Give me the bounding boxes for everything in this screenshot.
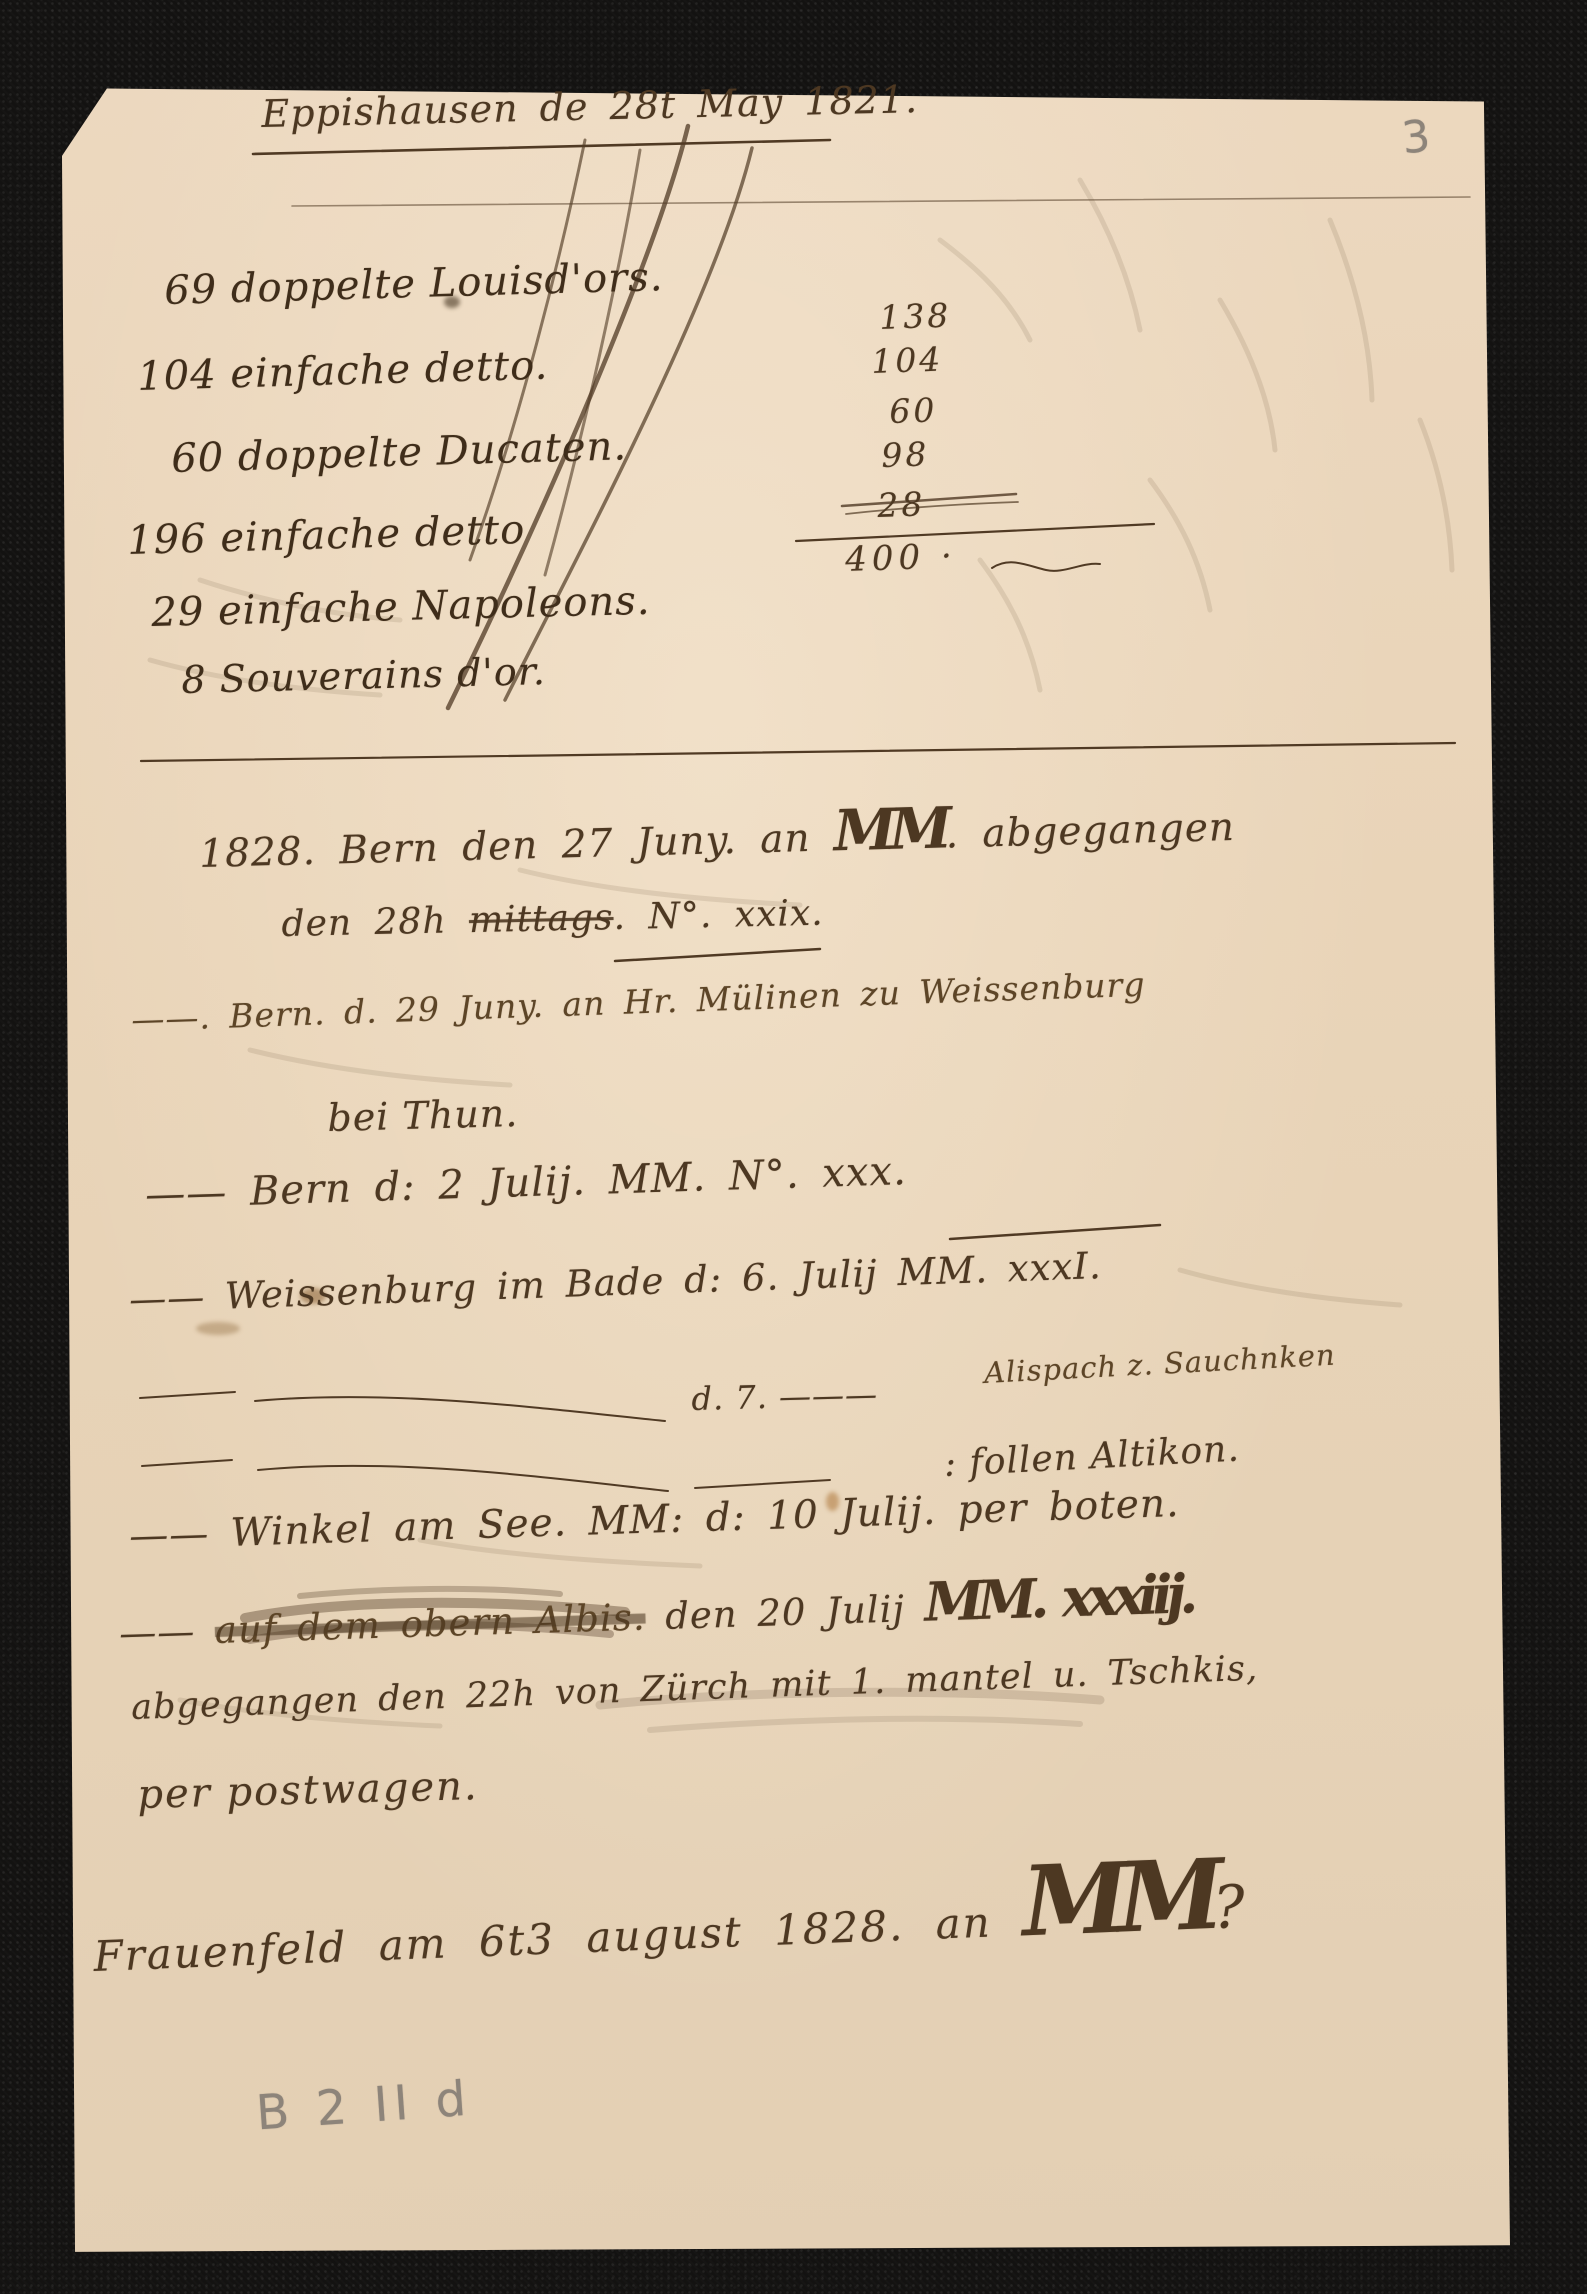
struck-word: mittags bbox=[469, 897, 614, 941]
coin-item-value: 138 bbox=[879, 296, 952, 337]
smudged-words: auf dem obern Albis. bbox=[214, 1595, 646, 1652]
entry-text: —— bbox=[119, 1609, 216, 1655]
entry-text: den 28h bbox=[281, 900, 469, 945]
mm-monogram-large: MM bbox=[1020, 1837, 1215, 1958]
coin-item-label: 8 Souverains d'or. bbox=[181, 649, 546, 702]
coin-total-value: 400 · bbox=[845, 536, 958, 580]
entry-text: . N°. xxix. bbox=[613, 893, 824, 938]
entry-line: bei Thun. bbox=[327, 1091, 519, 1140]
entry-text: ? bbox=[1212, 1872, 1248, 1942]
entry-line: d. 7. ——— bbox=[691, 1375, 878, 1418]
photograph-background: Eppishausen de 28t May 1821. 69 doppelte… bbox=[0, 0, 1587, 2294]
mm-monogram: MM. xxxiij. bbox=[923, 1562, 1192, 1633]
mm-monogram: MM bbox=[833, 795, 946, 864]
entry-text: . abgegangen bbox=[945, 805, 1236, 858]
page-number-pencil: 3 bbox=[1399, 111, 1432, 165]
coin-item-value-struck: 28 bbox=[877, 484, 926, 525]
coin-item-value: 60 bbox=[889, 390, 938, 431]
paper-stain bbox=[196, 1322, 240, 1335]
coin-item-value: 104 bbox=[871, 340, 944, 381]
entry-line: per postwagen. bbox=[137, 1763, 479, 1818]
entry-text: den 20 Julij bbox=[645, 1587, 926, 1639]
coin-item-value: 98 bbox=[881, 434, 930, 475]
